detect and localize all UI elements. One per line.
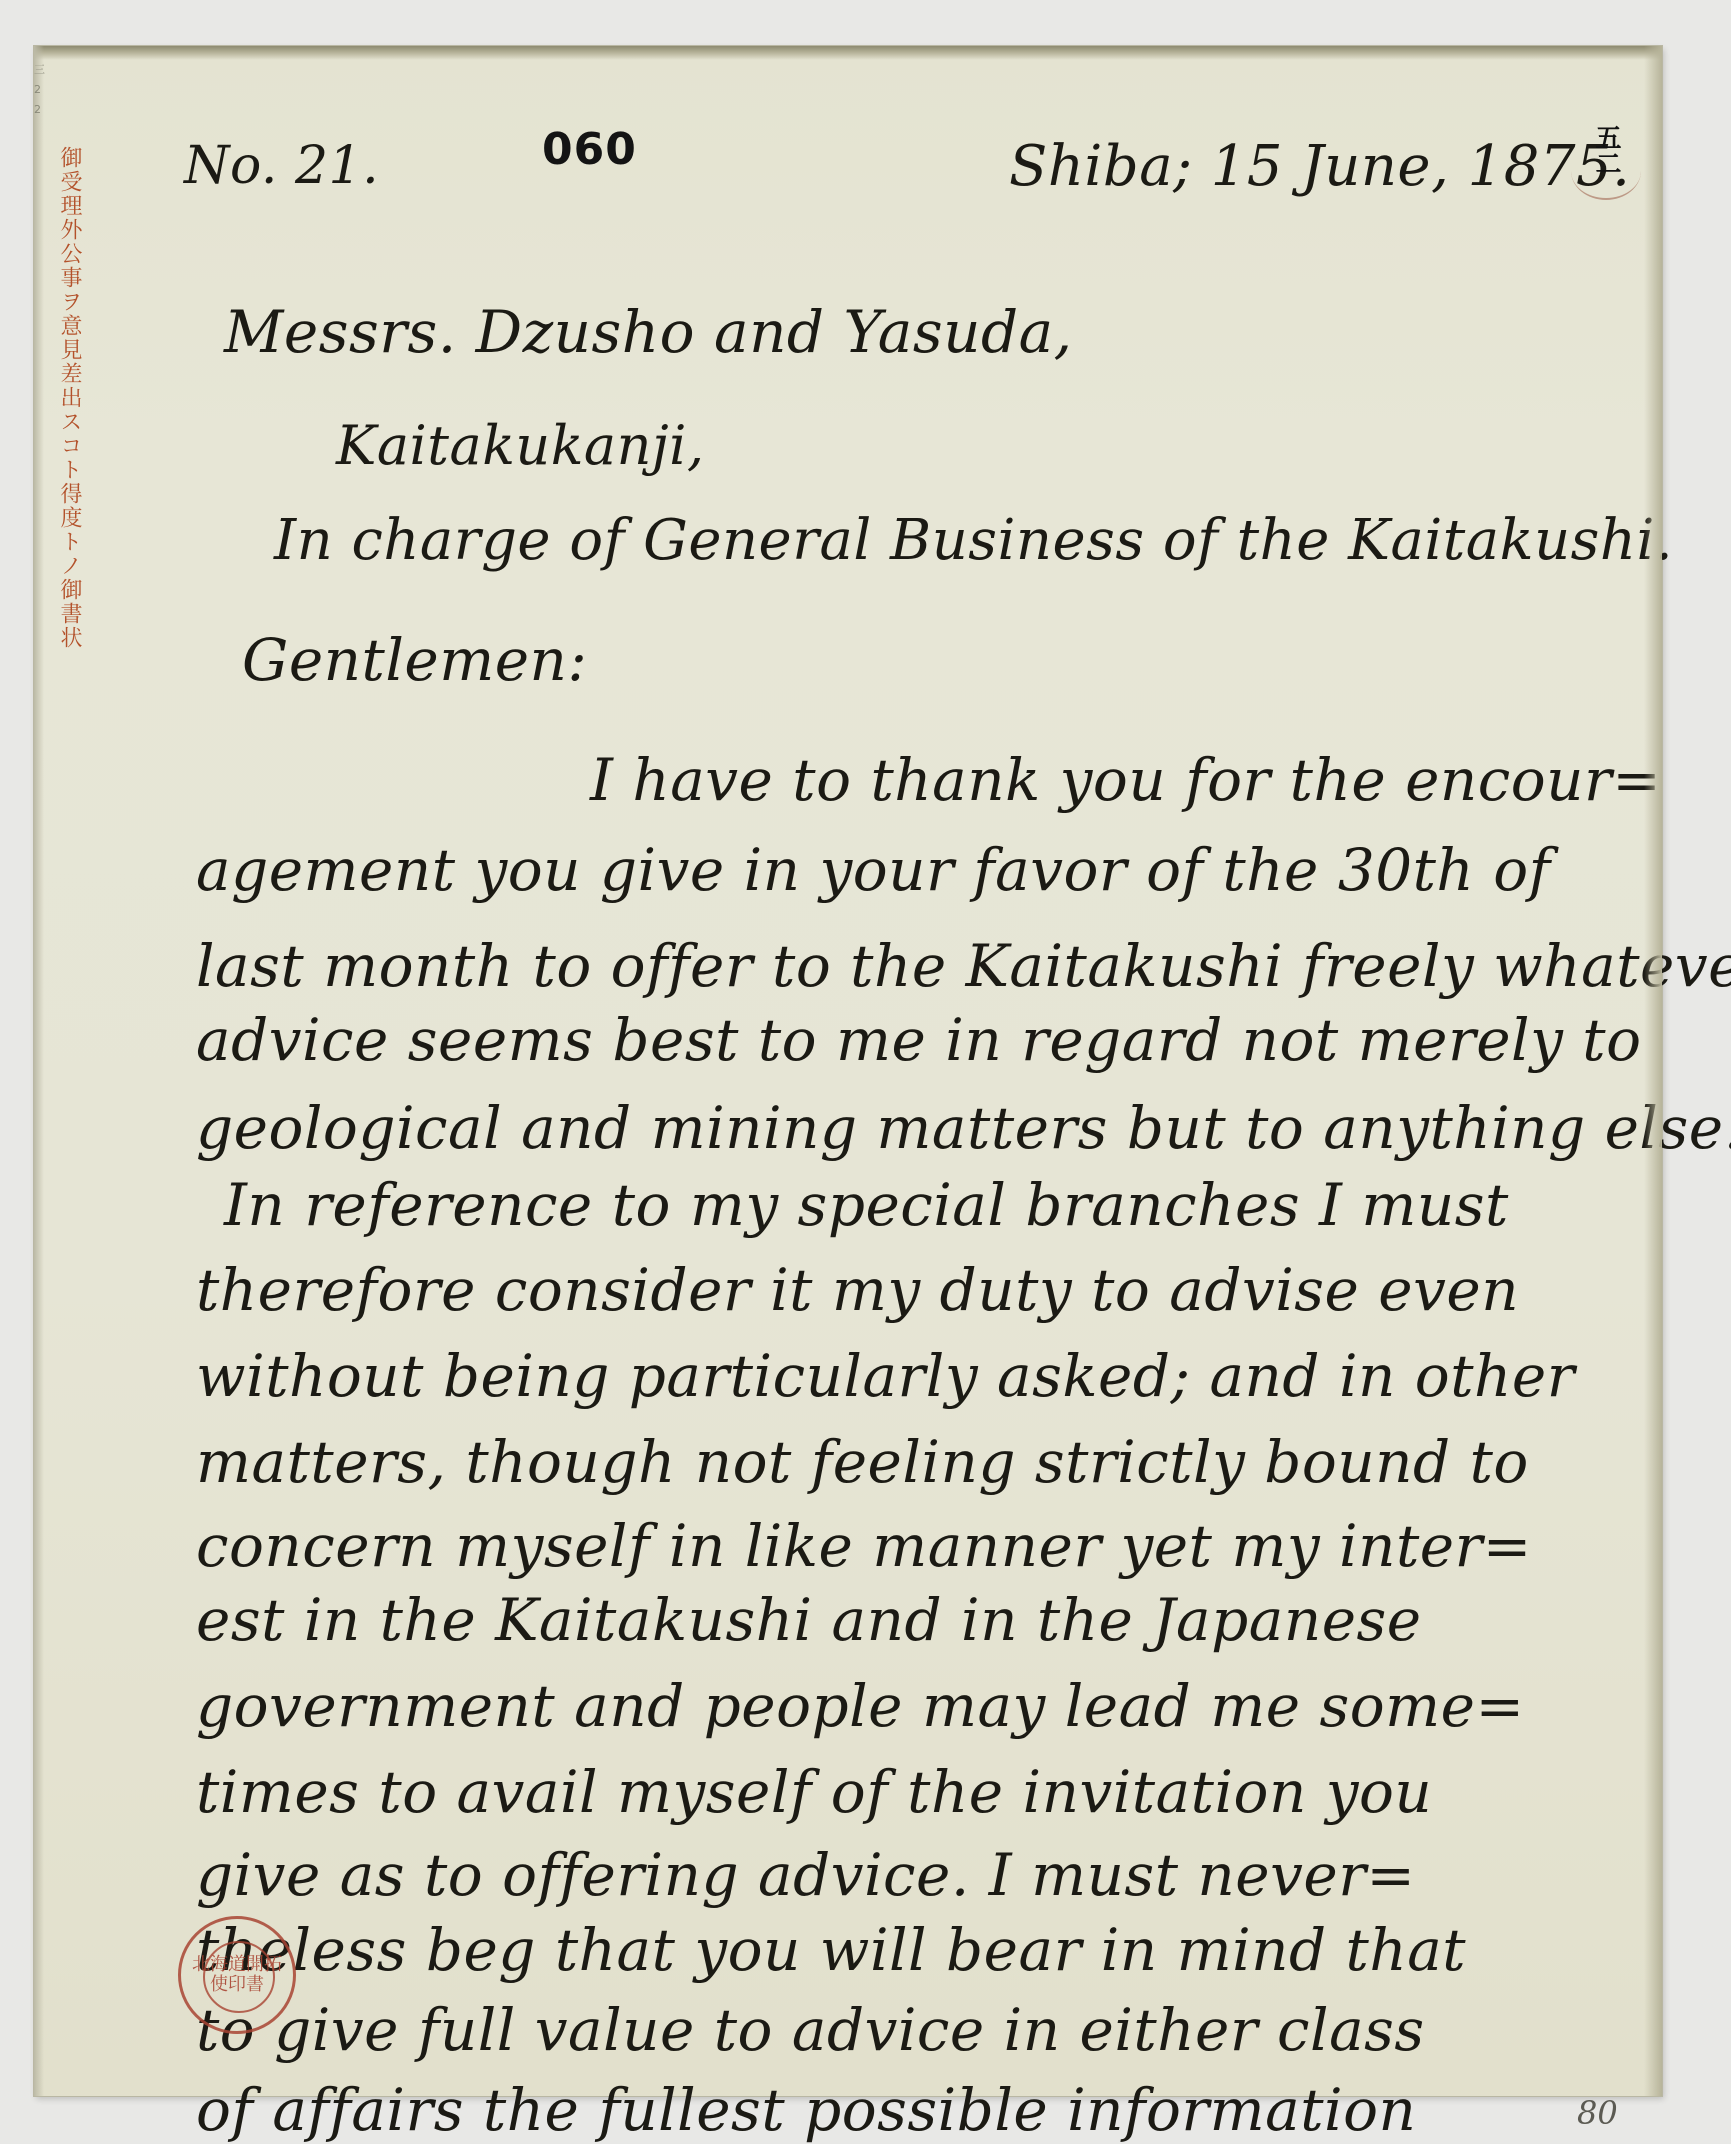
body-line: matters, though not feeling strictly bou… <box>196 1428 1529 1496</box>
body-line: concern myself in like manner yet my int… <box>196 1512 1532 1580</box>
body-line: I have to thank you for the encour= <box>590 746 1661 814</box>
body-line: times to avail myself of the invitation … <box>196 1758 1432 1826</box>
body-line: theless beg that you will bear in mind t… <box>196 1916 1466 1984</box>
body-line: geological and mining matters but to any… <box>196 1094 1731 1162</box>
body-line: therefore consider it my duty to advise … <box>196 1256 1519 1324</box>
body-line: In reference to my special branches I mu… <box>224 1171 1509 1239</box>
address-recipients: Messrs. Dzusho and Yasuda, <box>224 298 1073 366</box>
seal-text: 北海道開拓使印書 <box>181 1919 293 2031</box>
body-line: to give full value to advice in either c… <box>196 1996 1425 2064</box>
body-line: agement you give in your favor of the 30… <box>196 836 1551 904</box>
red-circular-seal: 北海道開拓使印書 <box>178 1916 296 2034</box>
salutation: Gentlemen: <box>242 626 587 694</box>
body-line: government and people may lead me some= <box>196 1672 1525 1740</box>
margin-reference-marks: 三 2 2 <box>34 60 44 120</box>
folio-number: 80 <box>1577 2094 1618 2132</box>
body-line: last month to offer to the Kaitakushi fr… <box>196 932 1731 1000</box>
scan-canvas: 三 2 2 御受理外公事ヲ意見差出スコト得度トノ御書状 No. 21. 060 … <box>0 0 1731 2144</box>
body-line: advice seems best to me in regard not me… <box>196 1006 1642 1074</box>
body-line: of affairs the fullest possible informat… <box>196 2076 1416 2144</box>
red-margin-annotation: 御受理外公事ヲ意見差出スコト得度トノ御書状 <box>42 146 82 650</box>
letter-sheet: 三 2 2 御受理外公事ヲ意見差出スコト得度トノ御書状 No. 21. 060 … <box>34 46 1662 2096</box>
corner-kanji-mark: 五二 <box>1581 124 1631 194</box>
body-line: est in the Kaitakushi and in the Japanes… <box>196 1586 1422 1654</box>
body-line: without being particularly asked; and in… <box>196 1342 1575 1410</box>
corner-mark-text: 五二 <box>1592 124 1620 176</box>
address-office: Kaitakukanji, <box>336 414 705 477</box>
address-role: In charge of General Business of the Kai… <box>274 508 1673 573</box>
body-line: give as to offering advice. I must never… <box>196 1841 1416 1909</box>
stamped-page-number: 060 <box>542 124 637 175</box>
dateline: Shiba; 15 June, 1875. <box>1009 134 1630 199</box>
document-number: No. 21. <box>184 136 379 196</box>
